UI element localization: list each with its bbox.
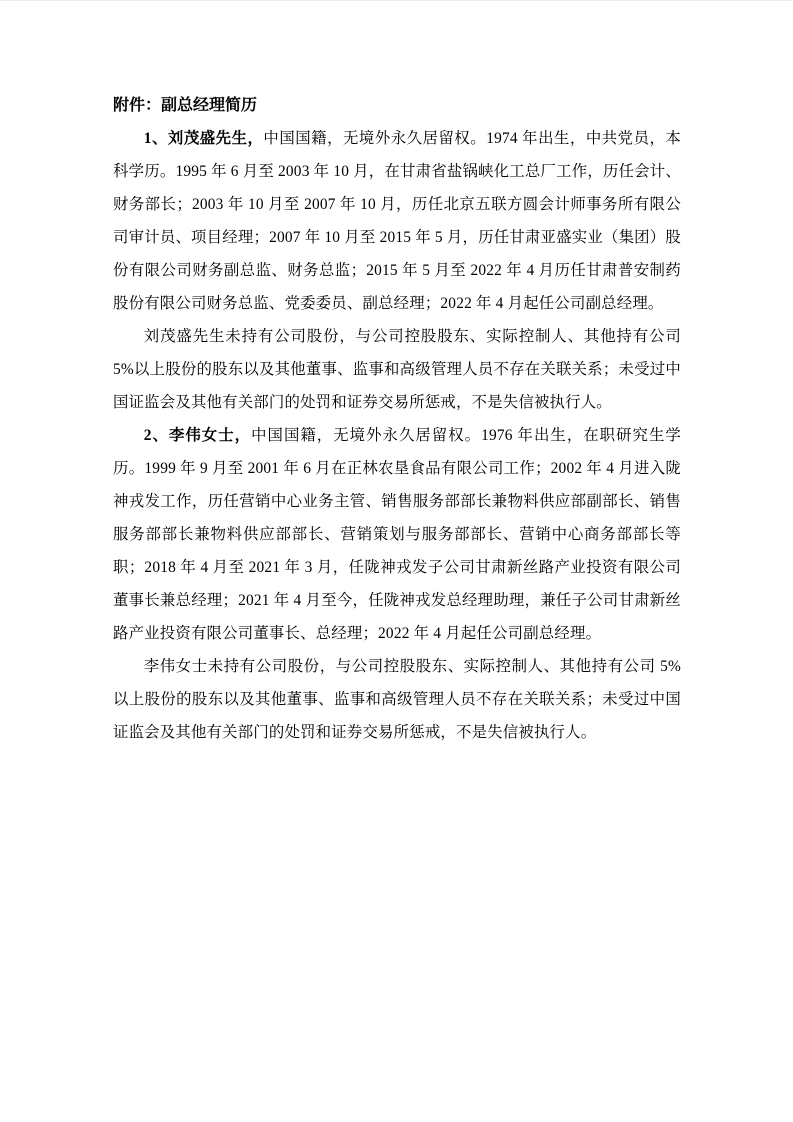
document-page: 附件：副总经理简历 1、刘茂盛先生，中国国籍，无境外永久居留权。1974 年出生… <box>0 1 793 1122</box>
person-name-lead: 1、刘茂盛先生， <box>144 130 264 147</box>
person-name-lead: 2、李伟女士， <box>144 427 251 444</box>
bio-text: 中国国籍，无境外永久居留权。1976 年出生，在职研究生学历。1999 年 9 … <box>113 427 681 642</box>
disclosure-text: 刘茂盛先生未持有公司股份，与公司控股股东、实际控制人、其他持有公司 5%以上股份… <box>113 328 681 411</box>
attachment-title: 附件：副总经理简历 <box>113 89 681 122</box>
bio-paragraph-li-wei: 2、李伟女士，中国国籍，无境外永久居留权。1976 年出生，在职研究生学历。19… <box>113 419 681 650</box>
bio-text: 中国国籍，无境外永久居留权。1974 年出生，中共党员，本科学历。1995 年 … <box>113 130 681 312</box>
disclosure-text: 李伟女士未持有公司股份，与公司控股股东、实际控制人、其他持有公司 5%以上股份的… <box>113 658 681 741</box>
disclosure-paragraph-liu-maosheng: 刘茂盛先生未持有公司股份，与公司控股股东、实际控制人、其他持有公司 5%以上股份… <box>113 320 681 419</box>
bio-paragraph-liu-maosheng: 1、刘茂盛先生，中国国籍，无境外永久居留权。1974 年出生，中共党员，本科学历… <box>113 122 681 320</box>
disclosure-paragraph-li-wei: 李伟女士未持有公司股份，与公司控股股东、实际控制人、其他持有公司 5%以上股份的… <box>113 650 681 749</box>
